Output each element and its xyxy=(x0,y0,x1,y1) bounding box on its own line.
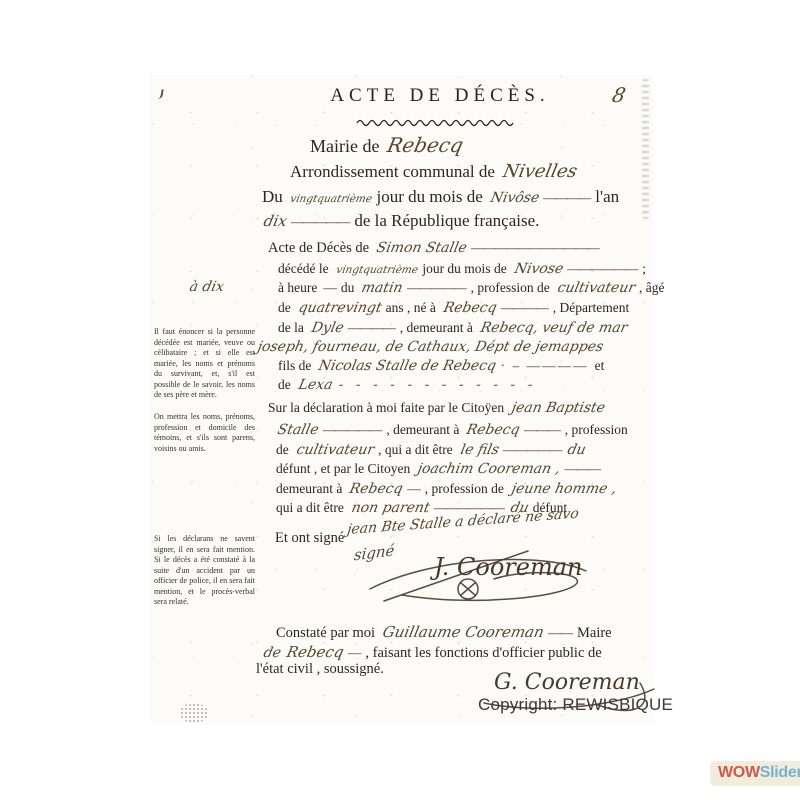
closing-line-1: Constaté par moi Guillaume Cooreman —— M… xyxy=(276,623,612,642)
document-title: ACTE DE DÉCÈS. xyxy=(285,85,595,107)
acte-line-4: de quatrevingt ans , né à Rebecq ———— , … xyxy=(278,300,629,316)
filler-dash: ————— xyxy=(323,422,381,438)
margin-note-2: On mettra les noms, prénoms, profession … xyxy=(154,412,255,454)
witness-signature-name: J. Cooreman xyxy=(429,553,582,581)
demeurant-label: , demeurant à xyxy=(386,422,459,438)
closing-line-3: l'état civil , soussigné. xyxy=(256,661,384,678)
mayor-signature-name: G. Cooreman xyxy=(494,670,640,695)
declaration-line-1: Sur la déclaration à moi faite par le Ci… xyxy=(268,400,603,416)
ink-speckle-blob xyxy=(180,703,208,723)
acte-mid: jour du mois de xyxy=(422,261,506,277)
arrondissement-label: Arrondissement communal de xyxy=(290,162,495,182)
ne-a-label: ans , né à xyxy=(386,300,436,316)
defunt-et-label: défunt , et par le Citoyen xyxy=(276,461,410,477)
stray-ink-mark xyxy=(155,89,163,100)
etat-civil-label: l'état civil , soussigné. xyxy=(256,661,384,678)
filler-dash: ———— xyxy=(501,300,547,316)
filler-dash: · – ———— xyxy=(501,358,589,374)
witness1-relation-value: le fils xyxy=(459,442,501,458)
constate-label: Constaté par moi xyxy=(276,625,375,642)
qui-a-dit-label: , qui a dit être xyxy=(378,442,453,458)
death-month-value: Nivose xyxy=(513,261,565,277)
filler-dash: ————— xyxy=(407,280,465,296)
page-edge-bleed-artifact xyxy=(642,79,649,219)
maire-label: Maire xyxy=(577,625,612,642)
arrondissement-value: Nivelles xyxy=(501,161,579,182)
punctuation: ; xyxy=(642,261,646,277)
heure-label: à heure xyxy=(278,280,317,296)
fils-de-label: fils de xyxy=(278,358,311,374)
wowslider-wow-text: WOW xyxy=(718,764,760,781)
witness1-firstname-value: jean Baptiste xyxy=(510,400,607,416)
wowslider-slider-text: Slider xyxy=(760,764,800,781)
decede-le-label: décédé le xyxy=(278,261,329,277)
witness1-lastname-value: Stalle xyxy=(276,422,320,438)
filler-dash: —— xyxy=(548,625,571,641)
declaration-line-2: Stalle ————— , demeurant à Rebecq ——— , … xyxy=(276,422,628,438)
time-of-day-value: matin xyxy=(360,280,404,296)
declaration-label: Sur la déclaration à moi faite par le Ci… xyxy=(268,400,504,416)
mayor-name-value: Guillaume Cooreman xyxy=(381,623,546,641)
profession-label: , profession de xyxy=(425,481,504,497)
witness-signature-flourish: J. Cooreman xyxy=(362,543,594,605)
death-day-value: vingtquatrième xyxy=(335,264,419,276)
declaration-line-3: de cultivateur , qui a dit être le fils … xyxy=(276,442,584,458)
mother-name-value: Lexa xyxy=(297,377,334,393)
demeurant-label: demeurant à xyxy=(276,481,342,497)
date-lan: l'an xyxy=(595,187,619,207)
filler-dash: — xyxy=(348,645,360,661)
father-name-value: Nicolas Stalle de Rebecq xyxy=(317,358,498,374)
acte-line-2: décédé le vingtquatrième jour du mois de… xyxy=(278,261,646,277)
margin-hour-value: à dix xyxy=(188,279,226,295)
date-month-value: Nivôse xyxy=(489,190,541,206)
filler-dash: — xyxy=(323,280,335,296)
arrondissement-line: Arrondissement communal de Nivelles xyxy=(290,161,575,182)
year-value: dix xyxy=(262,212,289,230)
witness2-name-value: joachim Cooreman , xyxy=(416,461,562,477)
deceased-name: Simon Stalle xyxy=(375,240,468,256)
acte-line-6: joseph, fourneau, de Cathaux, Dépt de je… xyxy=(256,339,601,355)
filler-dash: — xyxy=(407,481,419,497)
filler-dash: ————— xyxy=(503,442,561,458)
et-ont-signe-label: Et ont signé xyxy=(275,530,344,547)
wowslider-badge[interactable]: WOWSlider xyxy=(710,761,800,786)
qui-a-dit-label: qui a dit être xyxy=(276,500,344,516)
de-label: de xyxy=(278,377,291,393)
copyright-watermark: Copyright: REWISBIQUE xyxy=(478,695,673,715)
de-label: de xyxy=(276,442,289,458)
du-label: du xyxy=(341,280,355,296)
mairie-value: Rebecq xyxy=(385,133,466,157)
acte-line-5: de la Dyle ———— , demeurant à Rebecq, ve… xyxy=(278,320,626,336)
du-hand: du xyxy=(566,442,587,458)
de-hand: de xyxy=(262,645,283,661)
squiggle-divider-icon xyxy=(356,117,514,127)
filler-dash: ——————————— xyxy=(471,240,598,256)
departement-value: Dyle xyxy=(310,320,345,336)
signature-intro-line: Et ont signé xyxy=(275,530,344,547)
residence-value: Rebecq, veuf de mar xyxy=(479,320,629,336)
mairie-label: Mairie de xyxy=(310,136,379,157)
date-mid: jour du mois de xyxy=(377,187,483,207)
profession-label: , profession xyxy=(565,422,628,438)
acte-intro-label: Acte de Décès de xyxy=(268,240,369,257)
margin-note-1: Il faut énoncer si la personne décédée e… xyxy=(154,327,255,401)
mayor-place-value: Rebecq xyxy=(285,643,345,661)
acte-line-3: à heure — du matin ————— , profession de… xyxy=(278,280,665,296)
date-day-value: vingtquatrième xyxy=(289,193,373,205)
witness2-residence-value: Rebecq xyxy=(348,481,404,497)
filler-dash: ———— xyxy=(543,190,589,206)
de-label: de xyxy=(278,300,291,316)
filler-dash: ———— xyxy=(348,320,394,336)
declaration-line-5: demeurant à Rebecq — , profession de jeu… xyxy=(276,481,614,497)
declaration-line-4: défunt , et par le Citoyen joachim Coore… xyxy=(276,461,599,477)
date-line-1: Du vingtquatrième jour du mois de Nivôse… xyxy=(262,187,619,207)
birthplace-value: Rebecq xyxy=(442,300,498,316)
profession-value: cultivateur xyxy=(556,280,637,296)
acte-line-7: fils de Nicolas Stalle de Rebecq · – ———… xyxy=(278,358,604,374)
acte-line-1: Acte de Décès de Simon Stalle ——————————… xyxy=(268,240,598,257)
date-line-2: dix ————— de la République française. xyxy=(262,211,539,231)
de-la-label: de la xyxy=(278,320,304,336)
mairie-line: Mairie de Rebecq xyxy=(310,133,461,157)
acte-line-8: de Lexa - - - - - - - - - - - - xyxy=(278,377,534,393)
witness1-residence-value: Rebecq xyxy=(465,422,521,438)
witness1-profession-value: cultivateur xyxy=(295,442,376,458)
witness2-profession-value: jeune homme , xyxy=(510,481,618,497)
departement-label: , Département xyxy=(553,300,629,316)
et-label: et xyxy=(595,358,605,374)
page-number: 8 xyxy=(610,83,628,107)
date-du: Du xyxy=(262,187,283,207)
margin-hand-note: à dix xyxy=(188,279,222,295)
margin-note-3: Si les déclarans ne savent signer, il en… xyxy=(154,534,255,608)
filler-dash: ——— xyxy=(524,422,559,438)
spouse-origin-value: joseph, fourneau, de Cathaux, Dépt de je… xyxy=(256,339,605,355)
hand-dash-filler: - - - - - - - - - - - - xyxy=(337,377,538,393)
age-value: quatrevingt xyxy=(297,300,383,316)
filler-dash: ——— xyxy=(564,461,599,477)
demeurant-label: , demeurant à xyxy=(400,320,473,336)
closing-line-2: de Rebecq — , faisant les fonctions d'of… xyxy=(262,643,602,662)
filler-dash: —————— xyxy=(567,261,636,277)
witness2-relation-value: non parent xyxy=(350,500,431,516)
filler-dash: ————— xyxy=(291,214,349,230)
age-label: , âgé xyxy=(639,280,664,296)
fonctions-label: , faisant les fonctions d'officier publi… xyxy=(365,645,601,662)
profession-label: , profession de xyxy=(471,280,550,296)
scanned-death-certificate: ACTE DE DÉCÈS. 8 Mairie de Rebecq Arrond… xyxy=(150,75,653,723)
republique-label: de la République française. xyxy=(354,211,539,231)
